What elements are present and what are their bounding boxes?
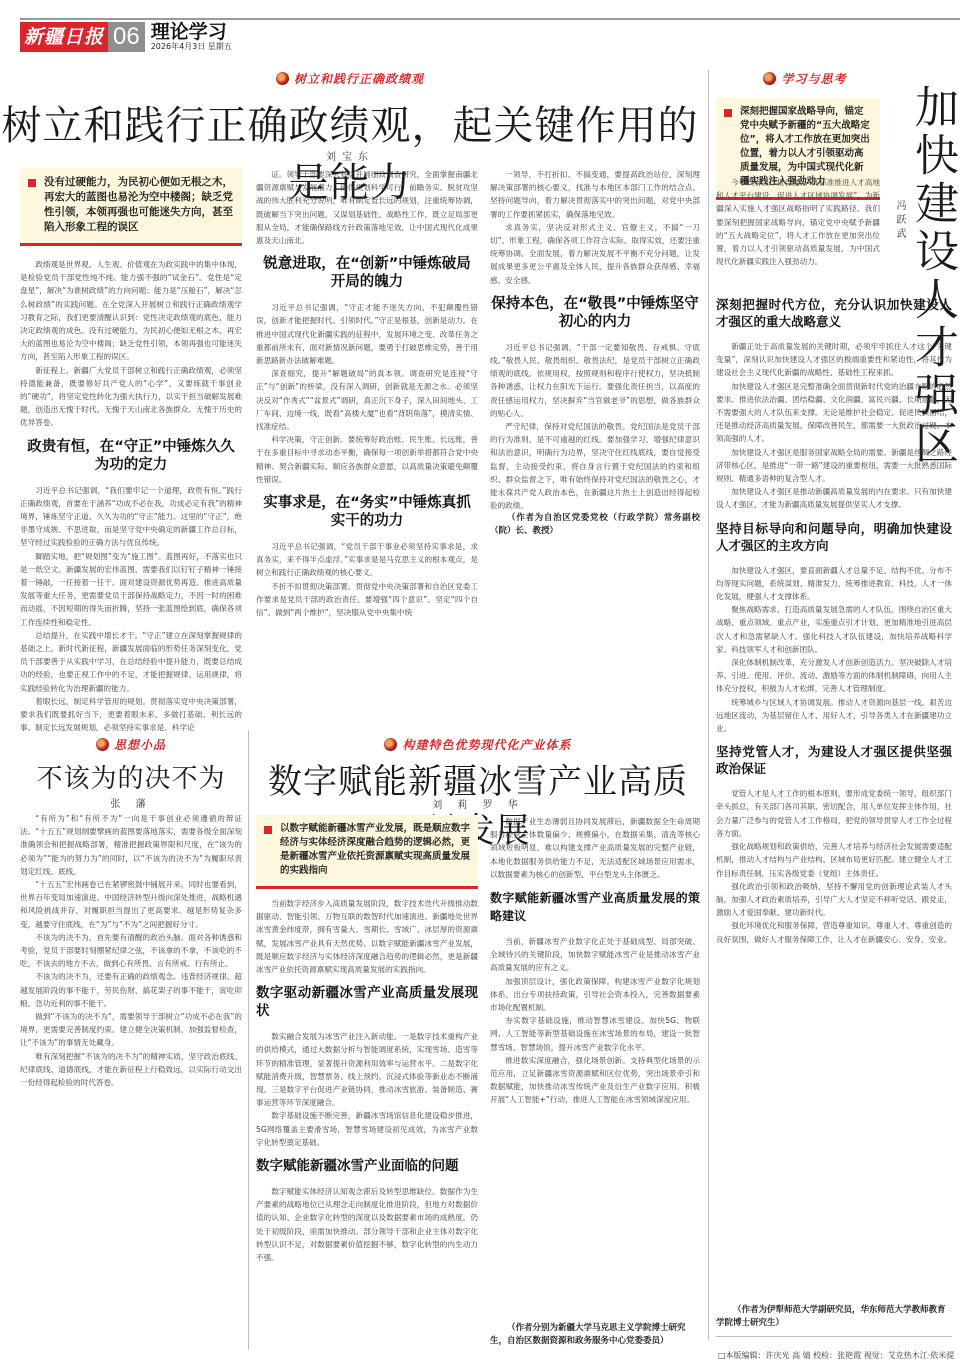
paragraph: 着眼长远，制定科学管用的规划。贯彻落实党中央决策部署，要求我们既要抓好当下，更要…: [20, 695, 242, 735]
article1-body-col2: 证。领导干部要深入基层开展细致调查研究，全面掌握南疆北疆资源禀赋与发展潜力，确保…: [256, 168, 478, 698]
paragraph: 做到“不该为的决不为”，需要领导干部树立“功成不必在我”的境界，更需要完善制度约…: [20, 1010, 242, 1050]
paragraph: 党管人才是人才工作的根本原则，要形成党委统一领导，组织部门牵头抓总，有关部门各司…: [716, 787, 952, 840]
section-header: 理论学习 2026年4月3日 星期五: [151, 23, 232, 52]
paragraph: 不折不扣贯彻决策部署。贯彻党中央决策部署和自治区党委工作要求是党员干部的政治责任…: [256, 580, 478, 620]
column-divider: [708, 70, 709, 1340]
bullet-square-icon: [264, 826, 272, 834]
paragraph: 习近平总书记强调，“干部一定要知敬畏、存戒惧、守底线。”敬畏人民、敬畏组织、敬畏…: [490, 341, 700, 420]
subheading: 数字驱动新疆冰雪产业高质量发展现状: [256, 984, 478, 1020]
article1-col1: 没有过硬能力，为民初心便如无根之木，再宏大的蓝图也易沦为空中楼阁；缺乏党性引领，…: [20, 168, 242, 755]
paragraph: 总结提升，在实践中增长才干。“守正”建立在深刻掌握规律的基础之上。新时代新征程，…: [20, 629, 242, 695]
kicker-badge-icon: [276, 72, 289, 85]
paragraph: 加快建设人才强区是服务国家战略全局的需要。新疆是丝绸之路经济带核心区，是推进“一…: [716, 446, 952, 486]
paragraph: 一领导，不打折扣、不搞变通，要提高政治站位，深刻理解决策部署的核心要义，找准与本…: [490, 168, 700, 221]
paragraph: 数据产业生态薄弱且协同发展滞后，新疆数据全生命周期服务经营主体数量偏少、规模偏小…: [490, 815, 700, 881]
article4-byline: 刘 莉 罗 华: [256, 796, 700, 811]
paragraph: 加快建设人才强区是完整准确全面贯彻新时代党的治疆方略的必然要求。推进依法治疆、团…: [716, 380, 952, 446]
kicker-text: 树立和践行正确政绩观: [294, 70, 424, 87]
paragraph: 强化战略规划和政策供给，完善人才培养与经济社会发展需要适配机制，推动人才结构与产…: [716, 840, 952, 880]
bullet-square-icon: [724, 109, 732, 117]
paragraph: 不该为的决不为，首先要有清醒的政治头脑。面对各种诱惑和考验，党员干部要时刻绷紧纪…: [20, 931, 242, 971]
kicker-badge-icon: [96, 738, 109, 751]
paragraph: 数实融合发展为冰雪产业注入新动能。一是数字技术重构产业的供给模式，通过大数据分析…: [256, 1030, 478, 1109]
subheading: 锐意进取，在“创新”中锤炼破局开局的魄力: [256, 255, 478, 291]
subheading: 坚持党管人才，为建设人才强区提供坚强政治保证: [716, 743, 952, 777]
paragraph: 深查细究，提升“解题破局”的真本领。调查研究是连接“守正”与“创新”的桥梁，没有…: [256, 367, 478, 433]
bullet-square-icon: [28, 179, 36, 187]
kicker-text: 思想小品: [114, 736, 166, 753]
paragraph: 严守纪律，保持对党纪国法的敬畏。党纪国法是党员干部的行为准则，是不可逾越的红线。…: [490, 420, 700, 512]
paragraph: 数字赋能实体经济认知观念滞后及转型思维缺位。数据作为生产要素的战略地位已从理念走…: [256, 1185, 478, 1264]
article1-body-col1: 政绩观是世界观、人生观、价值观在为政实践中的集中体现，是检验党员干部党性纯不纯、…: [20, 258, 242, 755]
paragraph: 当前，新疆冰雪产业数字化正处于基础成型、局部突破、全域待兴的关键阶段，加快数字赋…: [490, 935, 700, 975]
paragraph: 不该为的决不为，还要有正确的政绩观念。违背经济规律、超越发展阶段的事不能干，劳民…: [20, 970, 242, 1010]
paragraph: 加快建设人才强区，要直面新疆人才总量不足、结构不优、分布不均等现实问题，系统谋划…: [716, 564, 952, 604]
column-divider: [248, 730, 249, 1350]
article1-lead: 没有过硬能力，为民初心便如无根之木，再宏大的蓝图也易沦为空中楼阁；缺乏党性引领，…: [44, 175, 234, 235]
article4-lead-box: 以数字赋能新疆冰雪产业发展，既是顺应数字经济与实体经济深度融合趋势的逻辑必然，更…: [256, 815, 478, 889]
masthead-rule: [20, 18, 960, 20]
article2-intro: 今年政府工作报告提出“高标准推进人才高地和人才平台建设，促进人才区域协调发展”，…: [716, 176, 880, 296]
issue-date: 2026年4月3日 星期五: [151, 42, 232, 52]
footer-divider: [716, 1336, 952, 1337]
subheading: 深刻把握时代方位，充分认识加快建设人才强区的重大战略意义: [716, 296, 952, 330]
article2-kicker: 学习与思考: [720, 70, 890, 87]
author-note: （作者分别为新疆大学马克思主义学院博士研究生，自治区数据资源和政务服务中心党委委…: [490, 1322, 700, 1348]
paragraph: 数字基础设施不断完善，新疆冰雪场馆信息化建设稳步推进，5G网络覆盖主要滑雪场，智…: [256, 1109, 478, 1149]
paragraph: 今年政府工作报告提出“高标准推进人才高地和人才平台建设，促进人才区域协调发展”，…: [716, 176, 880, 268]
masthead: 新疆日报 06 理论学习 2026年4月3日 星期五: [20, 22, 232, 52]
subheading: 政贵有恒，在“守正”中锤炼久久为功的定力: [20, 438, 242, 474]
paragraph: 加强顶层设计，强化政策保障。构建冰雪产业数字化规划体系，出台专项扶持政策，引导社…: [490, 975, 700, 1015]
paragraph: 新疆正处于高质量发展的关键时期，必须牢牢抓住人才这个“关键变量”，深刻认识加快建…: [716, 340, 952, 380]
paragraph: 习近平总书记强调，“我们要牢记一个道理，政贵有恒。”践行正确政绩观，首要在于涵养…: [20, 484, 242, 550]
newspaper-logo: 新疆日报: [20, 22, 108, 52]
paragraph: 强化政治引领和政治吸纳，坚持不懈用党的创新理论武装人才头脑，加强人才政治素质培养…: [716, 880, 952, 920]
article1-kicker: 树立和践行正确政绩观: [0, 70, 700, 87]
paragraph: “有所为”和“有所不为”一向是干事创业必须遵循的辩证法。“十五五”规划纲要擘画的…: [20, 812, 242, 878]
paragraph: 加快建设人才强区是推动新疆高质量发展的内在要求。只有加快建设人才强区，才能为新疆…: [716, 485, 952, 511]
editor-credits: □本版编辑：许庆光 高 婧 校检：张艳霞 视觉：艾克热木江·依米提: [718, 1350, 954, 1361]
article1-byline: 刘宝东: [0, 148, 700, 163]
author-note: （作者为伊犁师范大学副研究员，华东师范大学教师教育学院博士研究生）: [716, 1304, 952, 1330]
subheading: 数字赋能新疆冰雪产业面临的问题: [256, 1157, 478, 1175]
article1-body-col3: 一领导，不打折扣、不搞变通，要提高政治站位，深刻理解决策部署的核心要义，找准与本…: [490, 168, 700, 698]
paragraph: 强化环境优化和服务保障，营造尊重知识、尊重人才、尊重创造的良好氛围，做好人才服务…: [716, 919, 952, 945]
paragraph: 脚踏实地，把“规划图”变为“施工图”。蓝图再好，不落实也只是一纸空文。新疆发展的…: [20, 550, 242, 629]
paragraph: 习近平总书记强调，“守正才能不迷失方向、不犯颠覆性错误，创新才能把握时代、引领时…: [256, 301, 478, 367]
paragraph: 推进数实深度融合，强化场景创新。支持典型化场景的示范应用，立足新疆冰雪资源禀赋和…: [490, 1054, 700, 1107]
article1-lead-box: 没有过硬能力，为民初心便如无根之木，再宏大的蓝图也易沦为空中楼阁；缺乏党性引领，…: [20, 168, 242, 246]
article3-body: “有所为”和“有所不为”一向是干事创业必须遵循的辩证法。“十五五”规划纲要擘画的…: [20, 812, 242, 1352]
section-name: 理论学习: [151, 23, 232, 42]
article3-kicker: 思想小品: [20, 736, 242, 753]
paragraph: 当前数字经济步入高质量发展阶段，数字技术迭代升级推动数据驱动、智能引领、万物互联…: [256, 897, 478, 976]
paragraph: 求真务实，坚决反对形式主义、官僚主义，不搞“一刀切”、形象工程，确保各项工作符合…: [490, 221, 700, 287]
article4-kicker: 构建特色优势现代化产业体系: [256, 736, 700, 753]
article4-body-col1: 当前数字经济步入高质量发展阶段，数字技术迭代升级推动数据驱动、智能引领、万物互联…: [256, 897, 478, 1364]
page-number: 06: [108, 22, 145, 52]
article3-byline: 张 藩: [20, 795, 242, 810]
article2-byline: 冯跃武: [892, 200, 907, 242]
article4-col1: 以数字赋能新疆冰雪产业发展，既是顺应数字经济与实体经济深度融合趋势的逻辑必然，更…: [256, 815, 478, 1364]
article4-body-col2: 数据产业生态薄弱且协同发展滞后，新疆数据全生命周期服务经营主体数量偏少、规模偏小…: [490, 815, 700, 1295]
paragraph: 政绩观是世界观、人生观、价值观在为政实践中的集中体现，是检验党员干部党性纯不纯、…: [20, 258, 242, 364]
paragraph: 聚焦战略需求，打造高质量发展急需的人才队伍。围绕自治区重大战略、重点领域、重点产…: [716, 603, 952, 656]
kicker-badge-icon: [763, 72, 776, 85]
paragraph: 统筹城乡与区域人才协调发展。推动人才资源向基层一线、艰苦边远地区流动，为基层留住…: [716, 696, 952, 736]
subheading: 实事求是，在“务实”中锤炼真抓实干的功力: [256, 494, 478, 530]
article3-headline[interactable]: 不该为的决不为: [20, 758, 242, 795]
subheading: 保持本色，在“敬畏”中锤炼坚守初心的内力: [490, 295, 700, 331]
subheading: 坚持目标导向和问题导向，明确加快建设人才强区的主攻方向: [716, 520, 952, 554]
paragraph: 科学决策，守正创新。要统筹好政治账、民生账、长远账，善于在多重目标中寻求动态平衡…: [256, 433, 478, 486]
kicker-text: 学习与思考: [781, 70, 846, 87]
article2-body: 深刻把握时代方位，充分认识加快建设人才强区的重大战略意义 新疆正处于高质量发展的…: [716, 296, 952, 1308]
paragraph: 新征程上，新疆广大党员干部树立和践行正确政绩观，必须坚持德能兼备，既要修好共产党…: [20, 364, 242, 430]
article4-lead: 以数字赋能新疆冰雪产业发展，既是顺应数字经济与实体经济深度融合趋势的逻辑必然，更…: [280, 822, 470, 878]
paragraph: “十五五”宏伟画卷已在紧锣密鼓中铺展开来，同时也要看到，世界百年变局加速演进，中…: [20, 878, 242, 931]
paragraph: 深化体制机制改革，充分激发人才创新创造活力。坚决破除人才培养、引进、使用、评价、…: [716, 656, 952, 696]
kicker-badge-icon: [384, 738, 397, 751]
paragraph: 证。领导干部要深入基层开展细致调查研究，全面掌握南疆北疆资源禀赋与发展潜力，确保…: [256, 168, 478, 247]
author-note: （作者为自治区党委党校（行政学院）常务副校（院）长、教授）: [490, 512, 700, 538]
kicker-text: 构建特色优势现代化产业体系: [402, 736, 571, 753]
paragraph: 夯实数字基础设施，推动智慧冰雪建设。加快5G、物联网、人工智能等新型基础设施在冰…: [490, 1014, 700, 1054]
subheading: 数字赋能新疆冰雪产业高质量发展的策略建议: [490, 889, 700, 925]
paragraph: 习近平总书记强调，“党员干部干事业必须坚持实事求是，求真务实，来不得半点虚浮。”…: [256, 540, 478, 580]
paragraph: 唯有深刻把握“不该为的决不为”的精神实质，坚守政治底线、纪律底线、道德底线，才能…: [20, 1050, 242, 1090]
